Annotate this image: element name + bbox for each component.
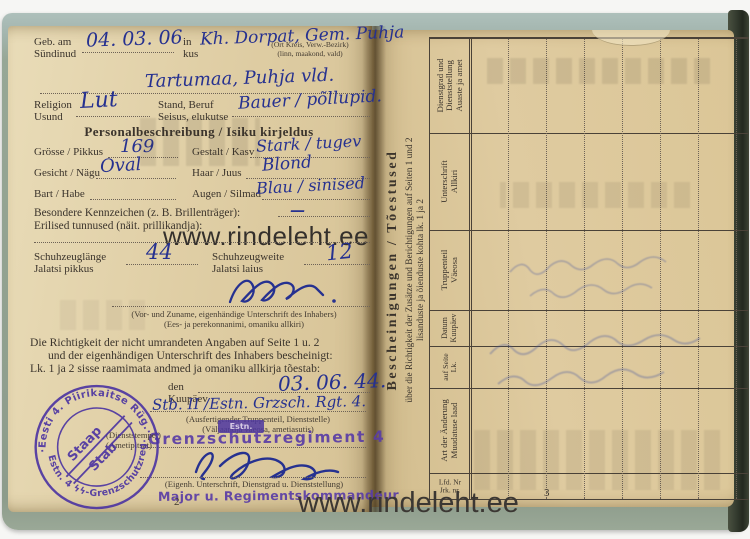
bart-label: Bart / Habe [34,188,85,200]
dotted-line [232,116,370,117]
augen-label: Augen / Silmad [192,188,261,200]
register-title: Bescheinigungen / Tõestused [385,40,401,500]
dotted-line [82,52,174,53]
col-unterschrift-et: Allkiri [450,133,460,230]
watermark-bottom: www.rindeleht.ee [298,487,519,520]
ink-bleedthrough [500,252,710,312]
marks-label-de: Besondere Kennzeichen (z. B. Brillenträg… [34,207,240,219]
officer-signature [186,444,348,484]
dotted-line [76,116,150,117]
certify-line3: Lk. 1 ja 2 sisse raamimata andmed ja oma… [30,363,320,375]
religion-label-et: Usund [34,111,63,123]
register-subtitle-et: lisanduste ja õienduste kohta lk. 1 ja 2 [416,40,427,500]
bleedthrough-print [480,58,710,84]
dotted-line [96,178,176,179]
col-dienstgrad-de: Dienstgrad und Dienststellung [436,38,455,133]
bleedthrough-print [140,118,260,166]
bleedthrough-print [500,182,690,208]
shoe-width-label-de: Schuhzeugweite [212,251,284,263]
shoe-length-value: 44 [146,240,173,264]
birth-label-de: Geb. am [34,36,71,48]
dotted-line [34,242,370,243]
certify-line2: und der eigenhändigen Unterschrift des I… [48,350,333,362]
scanned-soldbuch-spread: Geb. am Sündinud 04. 03. 06 in kus (Ort … [0,0,750,539]
dotted-line [150,411,366,412]
haar-label: Haar / Juus [192,167,242,179]
col-seite-et: Lk. [450,346,458,388]
shoe-length-label-et: Jalatsi pikkus [34,263,94,275]
register-subtitle-de: über die Richtigkeit der Zusätze und Ber… [405,40,416,500]
col-header-auf-seite: auf Seite Lk. [430,346,470,389]
ink-bleedthrough [478,328,738,400]
col-truppenteil-et: Väeosa [450,230,460,310]
col-header-dienstgrad: Dienstgrad und Dienststellung Auaste ja … [430,38,470,134]
page-number-right: 3 [544,487,550,499]
birth-date-handwritten: 04. 03. 06 [86,26,183,51]
gesicht-value: Oval [99,154,141,177]
body-col [470,38,748,134]
gesicht-label: Gesicht / Nägu [34,167,100,179]
bleedthrough-print [470,430,720,490]
religion-label-de: Religion [34,99,72,111]
certify-line1: Die Richtigkeit der nicht umrandeten Ang… [30,337,319,349]
col-header-unterschrift: Unterschrift Allkiri [430,133,470,231]
round-unit-stamp: ·Eesti 4. Piirikaitse Rüg.· Estn. 4 ϟϟ-G… [14,371,181,526]
col-header-art: Art der Änderung Muudatuse laad [430,388,470,474]
row-separator [736,39,737,499]
shoe-length-label-de: Schuhzeuglänge [34,251,106,263]
col-dienstgrad-et: Auaste ja amet [455,38,465,133]
shoe-width-value: 12 [325,239,354,266]
holder-signature [222,268,347,310]
haar-value: Blond [261,152,312,175]
groesse-label: Grösse / Pikkus [34,146,103,158]
col-header-truppenteil: Truppenteil Väeosa [430,230,470,311]
dotted-line [90,199,176,200]
dotted-line [112,306,370,307]
dotted-line [126,264,198,265]
in-label-et: kus [183,48,198,60]
religion-value-handwritten: Lut [79,87,118,114]
dotted-line [278,216,370,217]
bleedthrough-print [60,300,150,330]
col-datum-et: Kuupäev [450,310,459,346]
col-art-et: Muudatuse laad [450,388,460,473]
dotted-line [262,199,370,200]
dotted-line [304,264,370,265]
col-header-datum: Datum Kuupäev [430,310,470,347]
place-hint-et: (linn, maakond, vald) [240,50,380,59]
birth-label-et: Sündinud [34,48,76,60]
date-label-de: den [168,381,184,393]
occupation-label-de: Stand, Beruf [158,99,214,111]
in-label-de: in [183,36,192,48]
